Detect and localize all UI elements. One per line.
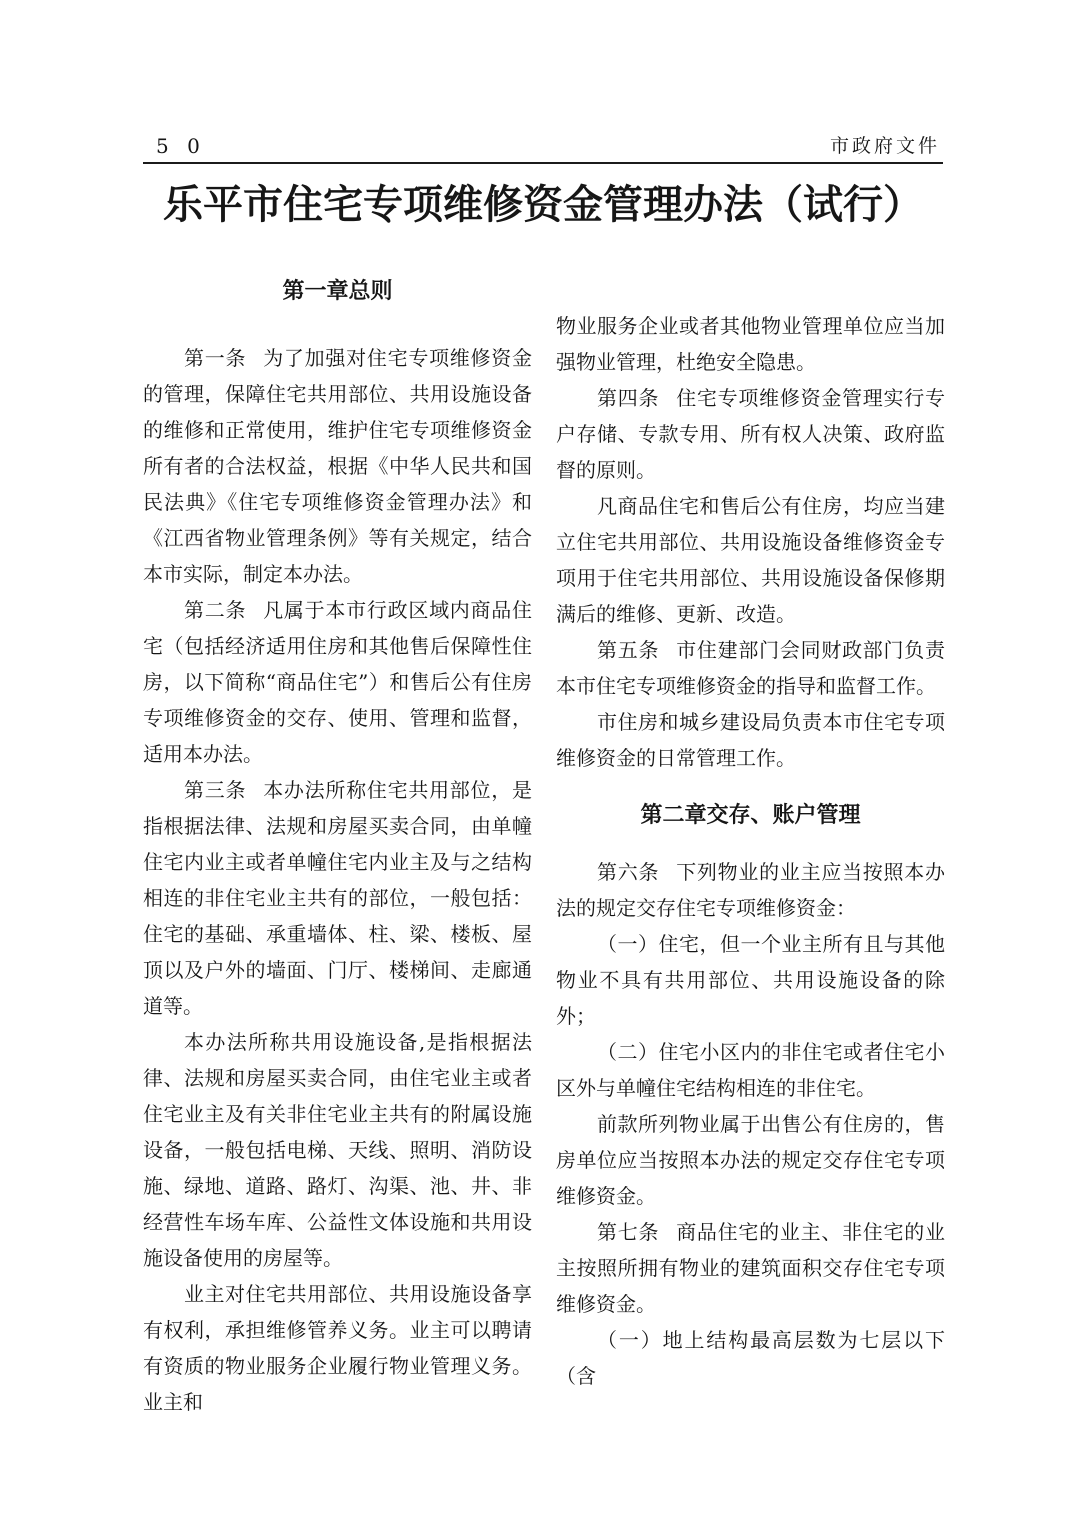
- article-number-lead: 第六条: [597, 860, 659, 884]
- paragraph-text: 为了加强对住宅专项维修资金的管理，保障住宅共用部位、共用设施设备的维修和正常使用…: [143, 346, 532, 586]
- paragraph-article-5: 第五条市住建部门会同财政部门负责本市住宅专项维修资金的指导和监督工作。: [556, 632, 945, 704]
- paragraph-article-7: 第七条商品住宅的业主、非住宅的业主按照所拥有物业的建筑面积交存住宅专项维修资金。: [556, 1214, 945, 1322]
- article-number-lead: 第三条: [184, 778, 246, 802]
- chapter-2-heading: 第二章交存、账户管理: [556, 798, 945, 834]
- paragraph-owner-duties: 业主对住宅共用部位、共用设施设备享有权利，承担维修管养义务。业主可以聘请有资质的…: [143, 1276, 532, 1420]
- page-number: 5 0: [156, 134, 206, 158]
- paragraph-fund-establishment: 凡商品住宅和售后公有住房，均应当建立住宅共用部位、共用设施设备维修资金专项用于住…: [556, 488, 945, 632]
- paragraph-article-2: 第二条凡属于本市行政区域内商品住宅（包括经济适用住房和其他售后保障性住房，以下简…: [143, 592, 532, 772]
- paragraph-text: 市住房和城乡建设局负责本市住宅专项维修资金的日常管理工作。: [556, 710, 945, 770]
- paragraph-text: （一）住宅，但一个业主所有且与其他物业不具有共用部位、共用设施设备的除外；: [556, 932, 945, 1028]
- chapter-1-heading: 第一章总则: [143, 272, 532, 312]
- header-rule: [143, 162, 943, 164]
- paragraph-text: 物业服务企业或者其他物业管理单位应当加强物业管理，杜绝安全隐患。: [556, 314, 945, 374]
- document-page: 5 0 市政府文件 乐平市住宅专项维修资金管理办法（试行） 第一章总则 第一条为…: [0, 0, 1074, 1520]
- paragraph-public-housing: 前款所列物业属于出售公有住房的，售房单位应当按照本办法的规定交存住宅专项维修资金…: [556, 1106, 945, 1214]
- paragraph-text: 前款所列物业属于出售公有住房的，售房单位应当按照本办法的规定交存住宅专项维修资金…: [556, 1112, 945, 1208]
- article-number-lead: 第二条: [184, 598, 246, 622]
- paragraph-article-1: 第一条为了加强对住宅专项维修资金的管理，保障住宅共用部位、共用设施设备的维修和正…: [143, 340, 532, 592]
- paragraph-text: （二）住宅小区内的非住宅或者住宅小区外与单幢住宅结构相连的非住宅。: [556, 1040, 945, 1100]
- paragraph-article-4: 第四条住宅专项维修资金管理实行专户存储、专款专用、所有权人决策、政府监督的原则。: [556, 380, 945, 488]
- article-number-lead: 第七条: [597, 1220, 659, 1244]
- left-column: 第一章总则 第一条为了加强对住宅专项维修资金的管理，保障住宅共用部位、共用设施设…: [143, 272, 532, 1420]
- right-column: 物业服务企业或者其他物业管理单位应当加强物业管理，杜绝安全隐患。 第四条住宅专项…: [556, 308, 945, 1394]
- paragraph-item-2: （二）住宅小区内的非住宅或者住宅小区外与单幢住宅结构相连的非住宅。: [556, 1034, 945, 1106]
- paragraph-article-3: 第三条本办法所称住宅共用部位，是指根据法律、法规和房屋买卖合同，由单幢住宅内业主…: [143, 772, 532, 1024]
- paragraph-text: 凡属于本市行政区域内商品住宅（包括经济适用住房和其他售后保障性住房，以下简称“商…: [143, 598, 532, 766]
- paragraph-text: 凡商品住宅和售后公有住房，均应当建立住宅共用部位、共用设施设备维修资金专项用于住…: [556, 494, 945, 626]
- article-number-lead: 第一条: [184, 346, 246, 370]
- header-doc-label: 市政府文件: [830, 131, 940, 158]
- paragraph-text: （一）地上结构最高层数为七层以下（含: [556, 1328, 945, 1388]
- paragraph-text: 本办法所称住宅共用部位，是指根据法律、法规和房屋买卖合同，由单幢住宅内业主或者单…: [143, 778, 532, 1018]
- article-number-lead: 第四条: [597, 386, 659, 410]
- paragraph-item-1: （一）住宅，但一个业主所有且与其他物业不具有共用部位、共用设施设备的除外；: [556, 926, 945, 1034]
- paragraph-daily-management: 市住房和城乡建设局负责本市住宅专项维修资金的日常管理工作。: [556, 704, 945, 776]
- paragraph-article-6: 第六条下列物业的业主应当按照本办法的规定交存住宅专项维修资金：: [556, 854, 945, 926]
- paragraph-text: 本办法所称共用设施设备,是指根据法律、法规和房屋买卖合同，由住宅业主或者住宅业主…: [143, 1030, 532, 1270]
- paragraph-item-1-floors: （一）地上结构最高层数为七层以下（含: [556, 1322, 945, 1394]
- paragraph-continuation: 物业服务企业或者其他物业管理单位应当加强物业管理，杜绝安全隐患。: [556, 308, 945, 380]
- paragraph-text: 业主对住宅共用部位、共用设施设备享有权利，承担维修管养义务。业主可以聘请有资质的…: [143, 1282, 532, 1414]
- article-number-lead: 第五条: [597, 638, 659, 662]
- document-title: 乐平市住宅专项维修资金管理办法（试行）: [137, 179, 949, 231]
- paragraph-facilities-definition: 本办法所称共用设施设备,是指根据法律、法规和房屋买卖合同，由住宅业主或者住宅业主…: [143, 1024, 532, 1276]
